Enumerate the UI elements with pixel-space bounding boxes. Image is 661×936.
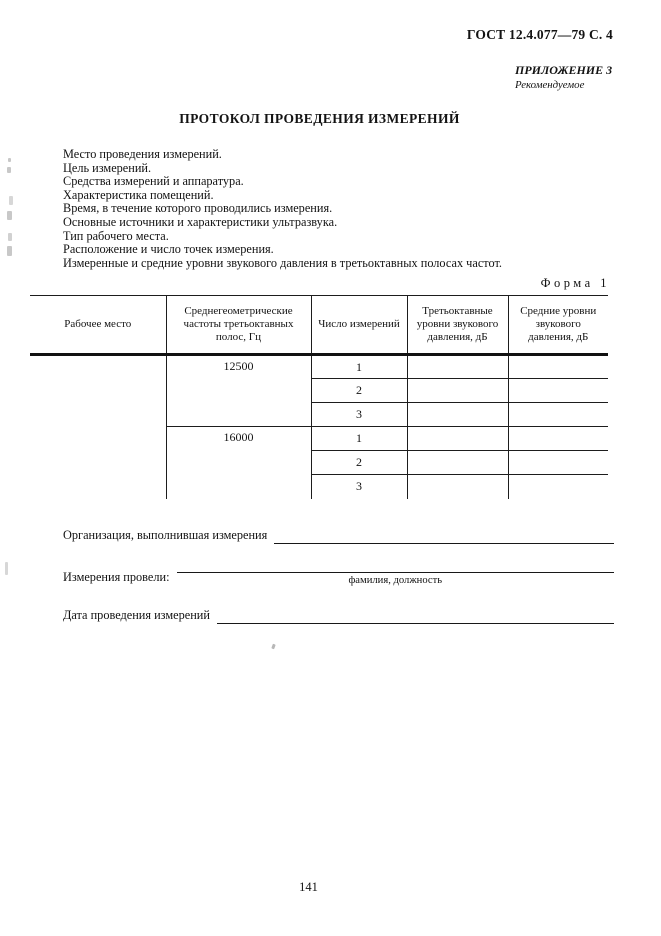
scan-artifact [7, 211, 12, 220]
cell-level-empty [407, 379, 508, 403]
scan-artifact [7, 246, 12, 256]
cell-level-empty [407, 403, 508, 427]
page-number: 141 [0, 880, 617, 895]
cell-measurement-number: 2 [311, 379, 407, 403]
column-header-measure-count: Число измерений [311, 296, 407, 355]
cell-measurement-number: 2 [311, 451, 407, 475]
cell-measurement-number: 1 [311, 427, 407, 451]
cell-frequency-12500: 12500 [166, 355, 311, 427]
cell-frequency-16000: 16000 [166, 427, 311, 499]
table-row: 12500 1 [30, 355, 608, 379]
protocol-item: Время, в течение которого проводились из… [63, 202, 631, 216]
column-header-workplace: Рабочее место [30, 296, 166, 355]
column-header-frequency: Среднегеометрические частоты третьоктавн… [166, 296, 311, 355]
cell-measurement-number: 3 [311, 475, 407, 499]
protocol-item: Расположение и число точек измерения. [63, 243, 631, 257]
cell-average-empty [508, 427, 608, 451]
protocol-item: Средства измерений и аппаратура. [63, 175, 631, 189]
performed-by-hint: фамилия, должность [177, 575, 614, 586]
measurement-date-label: Дата проведения измерений [63, 608, 210, 624]
performed-by-field: Измерения провели: фамилия, должность [63, 570, 614, 586]
cell-average-empty [508, 403, 608, 427]
table-header-row: Рабочее место Среднегеометрические часто… [30, 296, 608, 355]
organization-label: Организация, выполнившая измерения [63, 528, 267, 544]
performed-by-label: Измерения провели: [63, 570, 170, 586]
cell-level-empty [407, 475, 508, 499]
protocol-item-list: Место проведения измерений. Цель измерен… [63, 148, 631, 270]
document-page: ГОСТ 12.4.077—79 С. 4 ПРИЛОЖЕНИЕ 3 Реком… [0, 0, 661, 936]
protocol-item: Основные источники и характеристики ульт… [63, 216, 631, 230]
scan-artifact [7, 167, 11, 173]
performed-by-blank-line [177, 572, 614, 573]
cell-measurement-number: 1 [311, 355, 407, 379]
doc-reference: ГОСТ 12.4.077—79 С. 4 [0, 27, 613, 43]
protocol-item: Место проведения измерений. [63, 148, 631, 162]
cell-average-empty [508, 451, 608, 475]
cell-workplace-empty [30, 355, 166, 499]
protocol-item: Тип рабочего места. [63, 230, 631, 244]
protocol-item: Измеренные и средние уровни звукового да… [63, 257, 631, 271]
scan-artifact [9, 196, 13, 205]
cell-average-empty [508, 379, 608, 403]
protocol-item: Характеристика помещений. [63, 189, 631, 203]
measurement-date-field: Дата проведения измерений [63, 608, 614, 624]
measurement-date-blank-line [217, 610, 614, 624]
cell-average-empty [508, 475, 608, 499]
page-title: ПРОТОКОЛ ПРОВЕДЕНИЯ ИЗМЕРЕНИЙ [0, 111, 639, 127]
organization-blank-line [274, 530, 614, 544]
appendix-subtitle: Рекомендуемое [515, 79, 612, 92]
appendix-title: ПРИЛОЖЕНИЕ 3 [515, 64, 612, 77]
form-number-label: Форма 1 [541, 276, 610, 291]
scan-artifact [8, 233, 12, 241]
column-header-average-levels: Средние уровни звукового давления, дБ [508, 296, 608, 355]
scan-artifact [5, 562, 8, 575]
organization-field: Организация, выполнившая измерения [63, 528, 614, 544]
cell-average-empty [508, 355, 608, 379]
cell-level-empty [407, 451, 508, 475]
cell-measurement-number: 3 [311, 403, 407, 427]
appendix-block: ПРИЛОЖЕНИЕ 3 Рекомендуемое [515, 64, 612, 92]
measurement-table: Рабочее место Среднегеометрические часто… [30, 295, 608, 499]
scan-artifact [8, 158, 11, 162]
cell-level-empty [407, 427, 508, 451]
column-header-third-octave-levels: Третьоктавные уровни звукового давления,… [407, 296, 508, 355]
protocol-item: Цель измерений. [63, 162, 631, 176]
cell-level-empty [407, 355, 508, 379]
scan-artifact [271, 644, 276, 650]
